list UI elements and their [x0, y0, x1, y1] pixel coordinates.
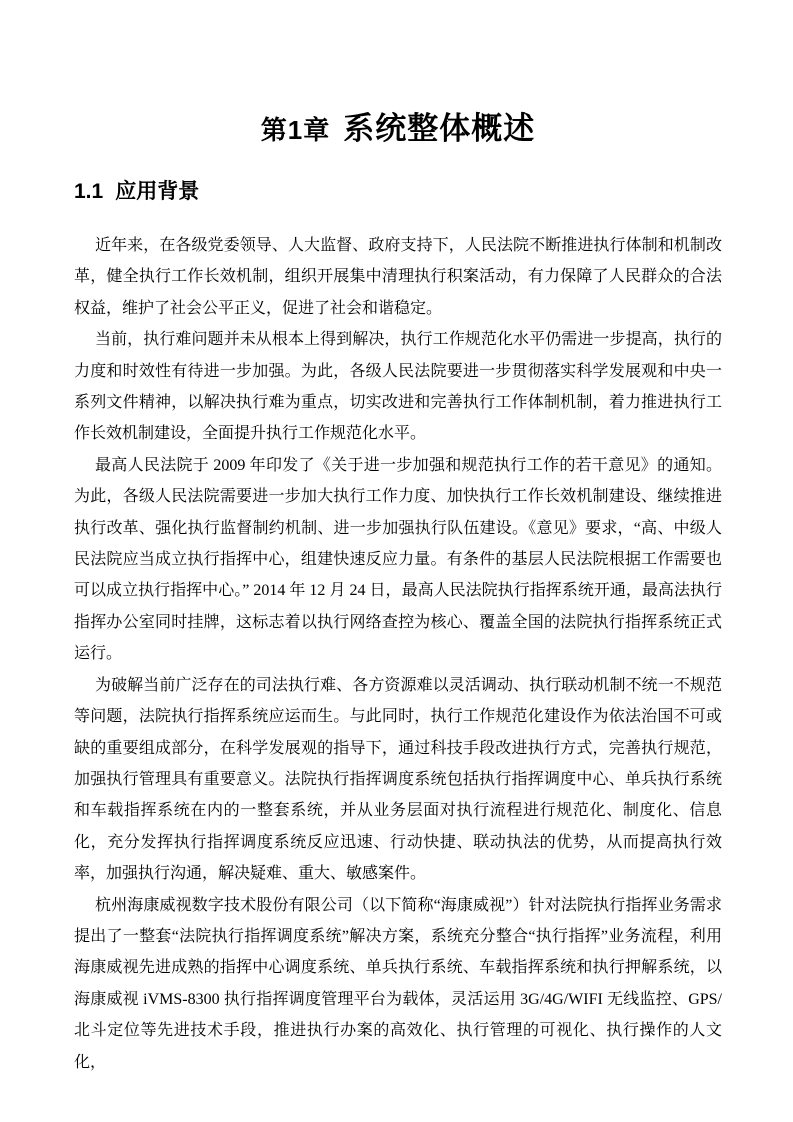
section-heading: 1.1应用背景	[74, 179, 722, 204]
paragraph-application-background-3: 最高人民法院于 2009 年印发了《关于进一步加强和规范执行工作的若干意见》的通…	[74, 450, 722, 670]
paragraph-application-background-1: 近年来，在各级党委领导、人大监督、政府支持下，人民法院不断推进执行体制和机制改革…	[74, 230, 722, 324]
page-content: 第1章系统整体概述 1.1应用背景 近年来，在各级党委领导、人大监督、政府支持下…	[0, 0, 793, 1078]
paragraph-application-background-2: 当前，执行难问题并未从根本上得到解决，执行工作规范化水平仍需进一步提高，执行的力…	[74, 324, 722, 450]
section-number-label: 1.1	[74, 180, 103, 203]
paragraph-application-background-5: 杭州海康威视数字技术股份有限公司（以下简称“海康威视”）针对法院执行指挥业务需求…	[74, 890, 722, 1078]
chapter-title: 第1章系统整体概述	[74, 0, 722, 150]
paragraph-application-background-4: 为破解当前广泛存在的司法执行难、各方资源难以灵活调动、执行联动机制不统一不规范等…	[74, 670, 722, 890]
section-heading-text: 应用背景	[115, 180, 199, 203]
chapter-title-text: 系统整体概述	[343, 111, 535, 146]
document-page: 第1章系统整体概述 1.1应用背景 近年来，在各级党委领导、人大监督、政府支持下…	[0, 0, 793, 1122]
chapter-number-label: 第1章	[261, 115, 330, 145]
body-text: 近年来，在各级党委领导、人大监督、政府支持下，人民法院不断推进执行体制和机制改革…	[74, 230, 722, 1078]
